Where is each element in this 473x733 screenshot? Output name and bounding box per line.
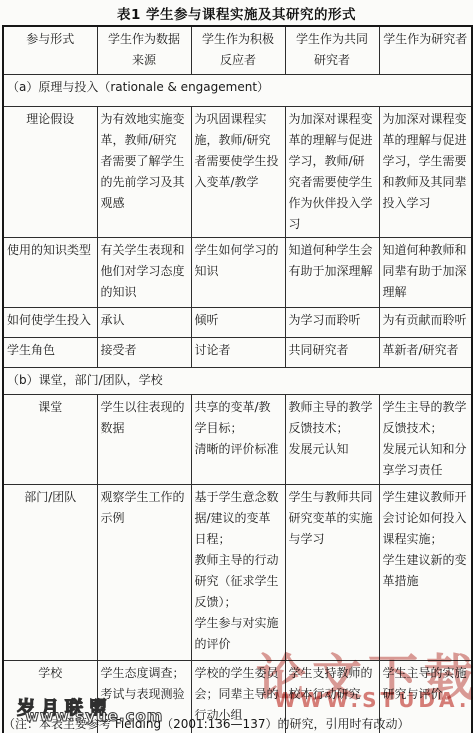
table-cell: 学生建议教师开会讨论如何投入课程实施； 学生建议新的变革措施 [379,484,472,660]
table-row: 学生角色接受者讨论者共同研究者革新者/研究者 [3,337,472,367]
table-cell: 为巩固课程实施，教师/研究者需要使学生投入变革/教学 [191,106,285,237]
table-row: 使用的知识类型有关学生表现和他们对学习态度的知识学生如何学习的知识知道何种学生会… [3,237,472,307]
table-cell: 为学习而聆听 [285,307,379,337]
page: { "page": { "title": "表1 学生参与课程实施及其研究的形式… [0,0,473,733]
table-row: 理论假设为有效地实施变革，教师/研究者需要了解学生的先前学习及其观感为巩固课程实… [3,106,472,237]
table-cell: 为加深对课程变革的理解与促进学习，学生需要和教师及其同辈投入学习 [379,106,472,237]
table-cell: 学生以往表现的数据 [97,394,191,484]
row-label: 理论假设 [3,106,97,237]
table-cell: 讨论者 [191,337,285,367]
column-header: 学生作为积极 反应者 [191,26,285,74]
table-cell: 为有贡献而聆听 [379,307,472,337]
table-row: 部门/团队观察学生工作的示例基于学生意念数据/建议的变革日程； 教师主导的行动研… [3,484,472,660]
row-label: 使用的知识类型 [3,237,97,307]
section-label: （a）原理与投入（rationale & engagement） [3,74,472,106]
participation-table: 参与形式学生作为数据 来源学生作为积极 反应者学生作为共同 研究者学生作为研究者… [2,25,473,733]
participation-table-body: 参与形式学生作为数据 来源学生作为积极 反应者学生作为共同 研究者学生作为研究者… [3,26,472,733]
table-cell: 知道何种学生会有助于加深理解 [285,237,379,307]
table-cell: 承认 [97,307,191,337]
table-cell: 知道何种教师和同辈有助于加深理解 [379,237,472,307]
row-label: 部门/团队 [3,484,97,660]
section-row: （b）课堂，部门/团队，学校 [3,367,472,394]
row-label: 学生角色 [3,337,97,367]
table-row: 课堂学生以往表现的数据共享的变革/教学目标； 清晰的评价标准教师主导的教学反馈技… [3,394,472,484]
row-label: 课堂 [3,394,97,484]
table-cell: 教师主导的教学反馈技术； 发展元认知 [285,394,379,484]
section-row: （a）原理与投入（rationale & engagement） [3,74,472,106]
table-cell: 学生主导的教学反馈技术； 发展元认知和分享学习责任 [379,394,472,484]
table-cell: 学生如何学习的知识 [191,237,285,307]
page-title: 表1 学生参与课程实施及其研究的形式 [0,3,473,23]
watermark-logo-url: www.syue.com [25,707,163,725]
column-header: 参与形式 [3,26,97,74]
table-cell: 基于学生意念数据/建议的变革日程； 教师主导的行动研究（征求学生反馈）； 学生参… [191,484,285,660]
table-cell: 倾听 [191,307,285,337]
table-cell: 接受者 [97,337,191,367]
table-cell: 学生与教师共同研究变革的实施与学习 [285,484,379,660]
watermark-red-url: WWW.STUDA. [274,688,470,712]
column-header: 学生作为研究者 [379,26,472,74]
table-cell: 为有效地实施变革，教师/研究者需要了解学生的先前学习及其观感 [97,106,191,237]
column-header: 学生作为数据 来源 [97,26,191,74]
table-cell: 革新者/研究者 [379,337,472,367]
table-cell: 观察学生工作的示例 [97,484,191,660]
section-label: （b）课堂，部门/团队，学校 [3,367,472,394]
header-row: 参与形式学生作为数据 来源学生作为积极 反应者学生作为共同 研究者学生作为研究者 [3,26,472,74]
column-header: 学生作为共同 研究者 [285,26,379,74]
table-cell: 有关学生表现和他们对学习态度的知识 [97,237,191,307]
table-cell: 共同研究者 [285,337,379,367]
table-cell: 共享的变革/教学目标； 清晰的评价标准 [191,394,285,484]
table-row: 如何使学生投入承认倾听为学习而聆听为有贡献而聆听 [3,307,472,337]
table-cell: 为加深对课程变革的理解与促进学习，教师/研究者需要使学生作为伙伴投入学习 [285,106,379,237]
row-label: 如何使学生投入 [3,307,97,337]
